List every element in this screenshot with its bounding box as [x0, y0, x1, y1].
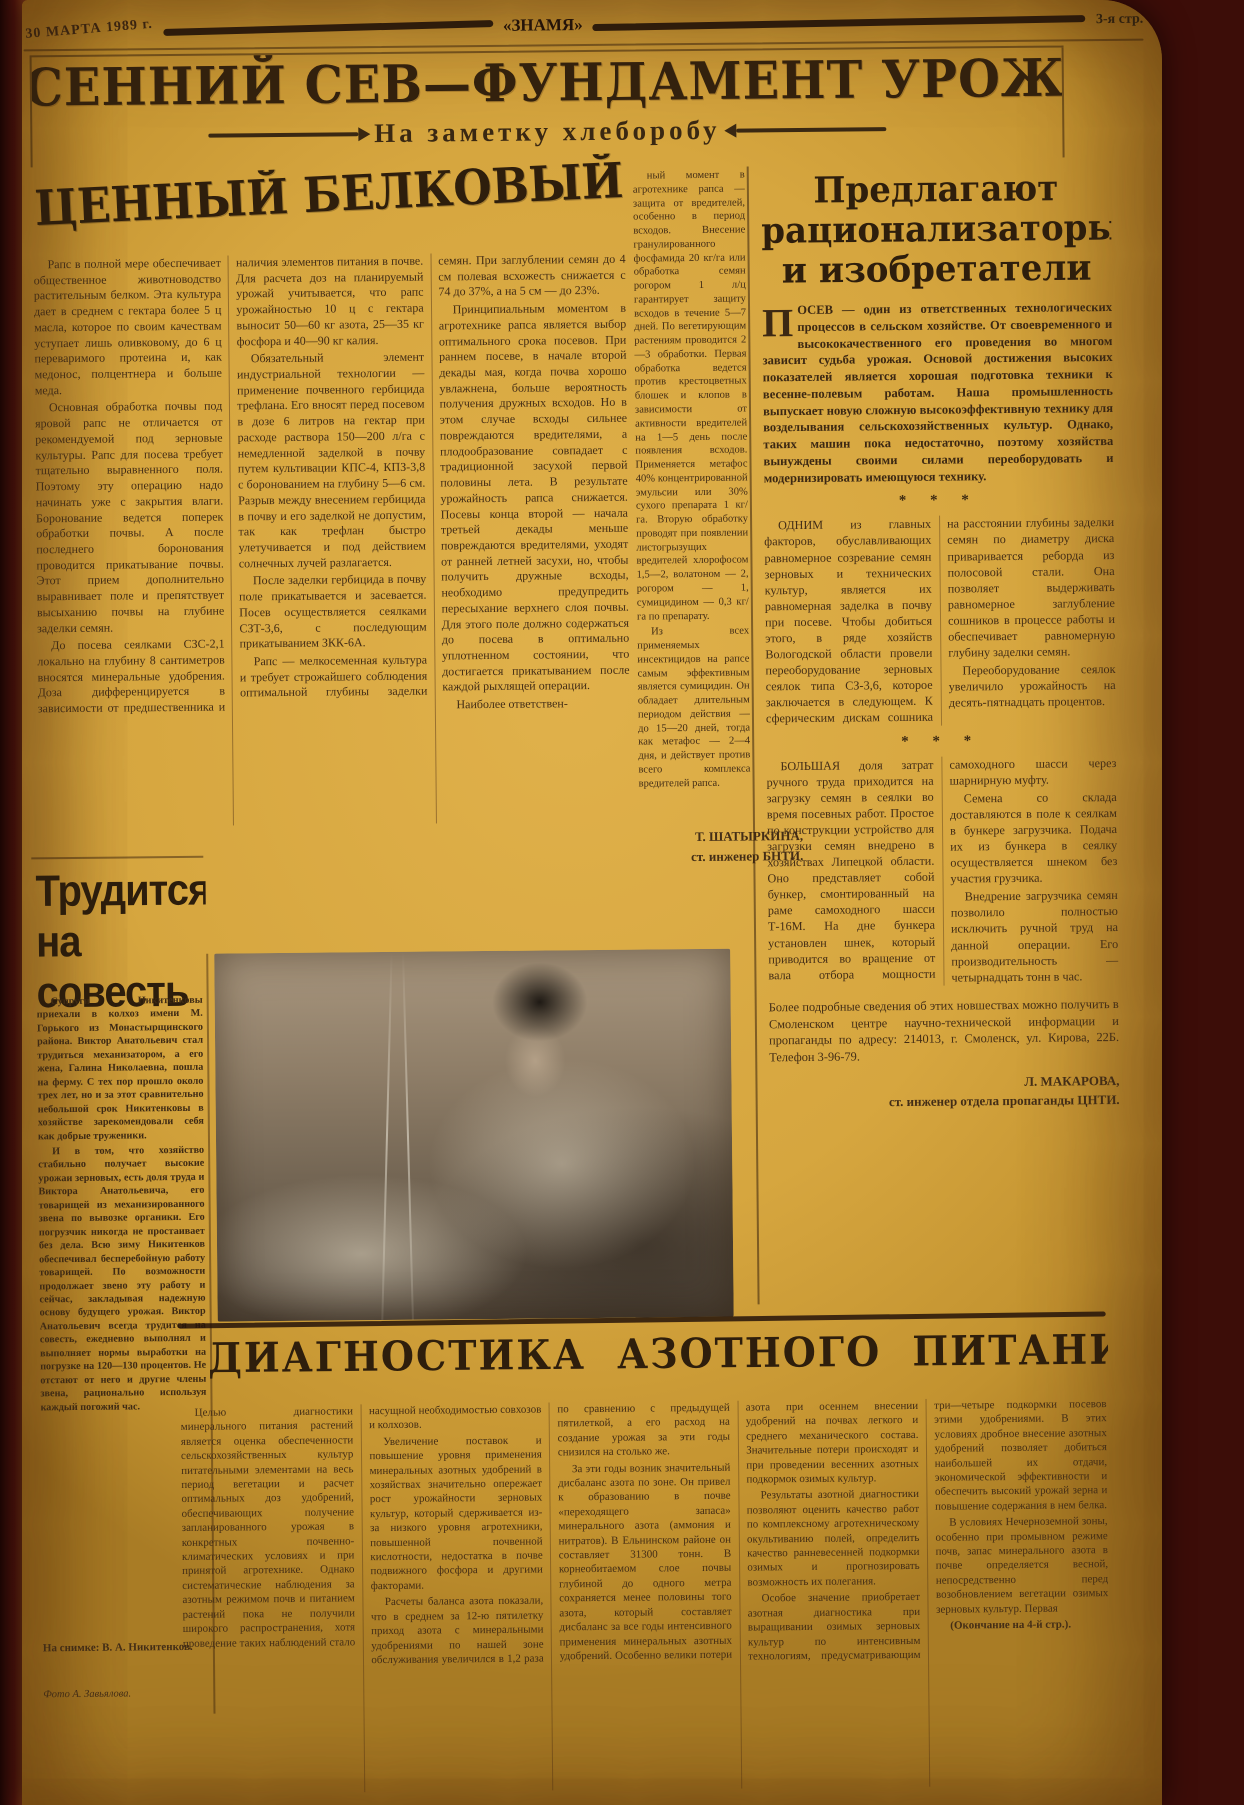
newspaper-scan-page: { "masthead": { "date": "30 МАРТА 1989 г… — [0, 0, 1244, 1805]
paragraph: Из всех применяемых инсектицидов на рапс… — [637, 625, 751, 791]
paragraph: Семена со склада доставляются в поле к с… — [950, 789, 1118, 887]
banner-box: ВЕСЕННИЙ СЕВ—ФУНДАМЕНТ УРОЖАЯ На заметку… — [30, 45, 1065, 167]
paragraph: Супруги Никитенковы приехали в колхоз им… — [37, 994, 204, 1144]
title-line: и изобретатели — [761, 248, 1111, 291]
innovators-block1: ОДНИМ из главных факторов, обуславливающ… — [764, 514, 1116, 727]
paragraph: В условиях Нечерноземной зоны, особенно … — [935, 1514, 1108, 1616]
paragraph: Увеличение поставок и повышение уровня п… — [369, 1433, 543, 1593]
signature-role: ст. инженер отдела пропаганды ЦНТИ. — [770, 1090, 1120, 1113]
paragraph: Рапс в полной мере обеспечивает обществе… — [34, 256, 223, 399]
innovators-lead-paragraph: ПОСЕВ — один из ответственных технологич… — [762, 299, 1114, 486]
title-line: Предлагают — [761, 168, 1111, 211]
paragraph: Наиболее ответствен- — [442, 696, 629, 714]
diagnostics-article-body: Целью диагностики минерального питания р… — [181, 1397, 1111, 1794]
stars-separator: * * * — [766, 732, 1116, 752]
masthead-page-number: 3-я стр. — [1096, 12, 1143, 28]
drop-cap: П — [762, 302, 797, 340]
paragraph: Принципиальным моментом в агротехнике ра… — [439, 301, 630, 696]
arrow-line-left-decoration — [208, 132, 358, 137]
diagnostics-article-title: ДИАГНОСТИКА АЗОТНОГО ПИТАНИЯ ОЗИМЫХ — [208, 1325, 1109, 1396]
banner-subtitle-row: На заметку хлеборобу — [208, 114, 887, 152]
innovators-article: Предлагают рационализаторы и изобретател… — [761, 167, 1122, 1310]
paragraph: ный момент в агротехнике рапса — защита … — [633, 169, 749, 624]
paragraph: Результаты азотной диагностики позволяют… — [747, 1487, 920, 1589]
masthead-title: «ЗНАМЯ» — [503, 15, 583, 36]
masthead-date: 30 МАРТА 1989 г. — [25, 17, 153, 43]
section-rule — [31, 856, 203, 860]
feed-article-title: ЦЕННЫЙ БЕЛКОВЫЙ КОРМ — [33, 152, 636, 262]
paragraph: Обязательный элемент индустриальной техн… — [237, 350, 426, 572]
innovators-signature: Л. МАКАРОВА, ст. инженер отдела пропаган… — [769, 1071, 1119, 1113]
title-line: Трудится — [35, 865, 205, 917]
masthead-rule-right — [593, 15, 1086, 31]
paragraph: Внедрение загрузчика семян позволило пол… — [951, 887, 1119, 985]
paragraph: (Окончание на 4-й стр.). — [936, 1617, 1109, 1633]
title-line: рационализаторы — [761, 208, 1111, 251]
banner-subtitle: На заметку хлеборобу — [374, 115, 721, 149]
photo-worker-portrait — [214, 949, 734, 1322]
masthead-rule-left — [163, 20, 493, 36]
feed-article-body: Рапс в полной мере обеспечивает обществе… — [34, 252, 631, 828]
feed-article-side-column: ный момент в агротехнике рапса — защита … — [625, 169, 751, 818]
innovators-contact-note: Более подробные сведения об этих новшест… — [769, 996, 1120, 1066]
banner-headline: ВЕСЕННИЙ СЕВ—ФУНДАМЕНТ УРОЖАЯ — [30, 51, 1065, 117]
newspaper-page: 30 МАРТА 1989 г. «ЗНАМЯ» 3-я стр. ВЕСЕНН… — [22, 0, 1162, 1805]
innovators-block2: БОЛЬШАЯ доля затрат ручного труда приход… — [766, 754, 1118, 987]
paragraph: И в том, что хозяйство стабильно получае… — [38, 1144, 207, 1415]
paragraph: Переоборудование сеялок увеличило урожай… — [948, 661, 1115, 711]
paragraph: После заделки гербицида в почву поле при… — [239, 572, 427, 652]
lead-text: ОСЕВ — один из ответственных технологиче… — [762, 300, 1113, 485]
paragraph: Основная обработка почвы под яровой рапс… — [35, 399, 225, 637]
innovators-article-title: Предлагают рационализаторы и изобретател… — [761, 168, 1112, 291]
photo-crease — [402, 952, 414, 1320]
arrow-line-right-decoration — [737, 127, 887, 132]
photo-crease — [382, 952, 393, 1320]
stars-separator: * * * — [764, 491, 1114, 511]
